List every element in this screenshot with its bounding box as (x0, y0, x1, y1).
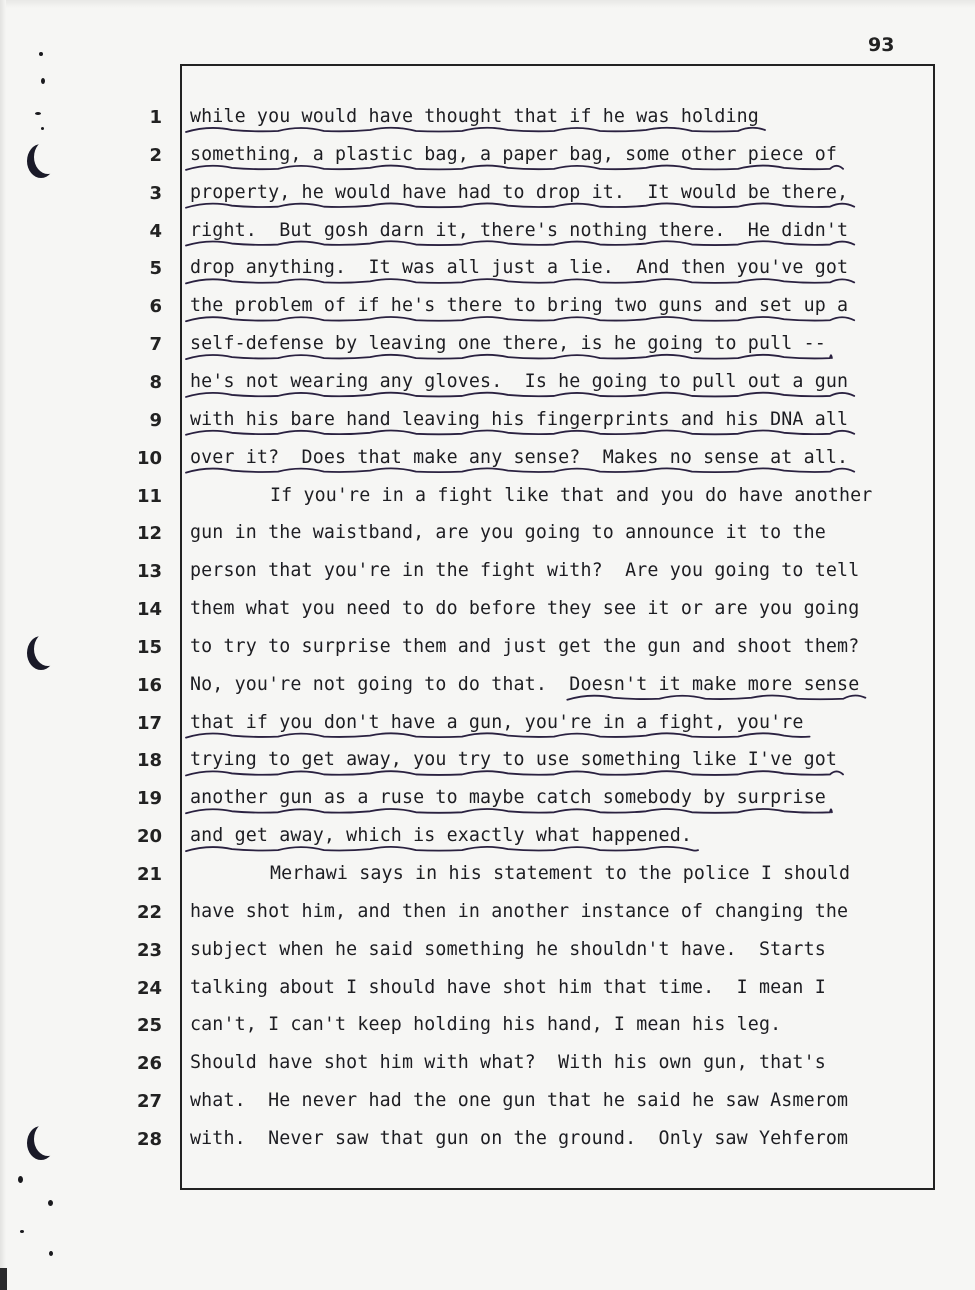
line-number: 8 (122, 372, 162, 393)
line-text: trying to get away, you try to use somet… (190, 749, 837, 770)
line-number: 22 (122, 902, 162, 923)
transcript-line: 12gun in the waistband, are you going to… (0, 516, 975, 554)
line-text: something, a plastic bag, a paper bag, s… (190, 144, 837, 165)
line-text: with his bare hand leaving his fingerpri… (190, 409, 848, 430)
scan-top-edge (0, 0, 975, 8)
transcript-line: 22have shot him, and then in another ins… (0, 895, 975, 933)
transcript-line: 9with his bare hand leaving his fingerpr… (0, 403, 975, 441)
line-number: 19 (122, 788, 162, 809)
scan-speck (20, 1230, 24, 1233)
line-text: another gun as a ruse to maybe catch som… (190, 787, 826, 808)
line-text: that if you don't have a gun, you're in … (190, 712, 804, 733)
line-text: person that you're in the fight with? Ar… (190, 560, 859, 581)
line-number: 15 (122, 637, 162, 658)
line-text: talking about I should have shot him tha… (190, 977, 826, 998)
transcript-line: 17that if you don't have a gun, you're i… (0, 706, 975, 744)
line-text: Should have shot him with what? With his… (190, 1052, 826, 1073)
transcript-line: 4right. But gosh darn it, there's nothin… (0, 214, 975, 252)
transcript-line: 1while you would have thought that if he… (0, 100, 975, 138)
line-number: 28 (122, 1129, 162, 1150)
line-text: he's not wearing any gloves. Is he going… (190, 371, 848, 392)
scan-speck (48, 1200, 53, 1206)
line-number: 24 (122, 978, 162, 999)
line-text: property, he would have had to drop it. … (190, 182, 848, 203)
transcript-line: 11If you're in a fight like that and you… (0, 479, 975, 517)
line-text: them what you need to do before they see… (190, 598, 859, 619)
transcript-line: 27what. He never had the one gun that he… (0, 1084, 975, 1122)
transcript-line: 25can't, I can't keep holding his hand, … (0, 1008, 975, 1046)
transcript-line: 20and get away, which is exactly what ha… (0, 819, 975, 857)
line-text: and get away, which is exactly what happ… (190, 825, 692, 846)
transcript-line: 3property, he would have had to drop it.… (0, 176, 975, 214)
line-text: over it? Does that make any sense? Makes… (190, 447, 848, 468)
line-text: to try to surprise them and just get the… (190, 636, 859, 657)
line-number: 14 (122, 599, 162, 620)
transcript-line: 10over it? Does that make any sense? Mak… (0, 441, 975, 479)
line-number: 7 (122, 334, 162, 355)
transcript-line: 19another gun as a ruse to maybe catch s… (0, 781, 975, 819)
line-text: drop anything. It was all just a lie. An… (190, 257, 848, 278)
line-number: 27 (122, 1091, 162, 1112)
line-number: 5 (122, 258, 162, 279)
transcript-line: 5drop anything. It was all just a lie. A… (0, 251, 975, 289)
scan-speck (49, 1251, 53, 1256)
line-number: 9 (122, 410, 162, 431)
line-text: while you would have thought that if he … (190, 106, 759, 127)
transcript-line: 24talking about I should have shot him t… (0, 971, 975, 1009)
line-number: 12 (122, 523, 162, 544)
page-number: 93 (868, 34, 894, 56)
line-number: 4 (122, 221, 162, 242)
line-text: subject when he said something he should… (190, 939, 826, 960)
line-number: 1 (122, 107, 162, 128)
transcript-line: 21Merhawi says in his statement to the p… (0, 857, 975, 895)
transcript-line: 14them what you need to do before they s… (0, 592, 975, 630)
line-number: 25 (122, 1015, 162, 1036)
line-text: Merhawi says in his statement to the pol… (270, 863, 850, 884)
line-text: with. Never saw that gun on the ground. … (190, 1128, 848, 1149)
line-text: No, you're not going to do that. Doesn't… (190, 674, 859, 695)
line-text: self-defense by leaving one there, is he… (190, 333, 826, 354)
line-number: 20 (122, 826, 162, 847)
line-number: 13 (122, 561, 162, 582)
transcript-line: 26Should have shot him with what? With h… (0, 1046, 975, 1084)
transcript-line: 23subject when he said something he shou… (0, 933, 975, 971)
line-text: gun in the waistband, are you going to a… (190, 522, 826, 543)
line-number: 16 (122, 675, 162, 696)
transcript-line: 2something, a plastic bag, a paper bag, … (0, 138, 975, 176)
line-text: have shot him, and then in another insta… (190, 901, 848, 922)
transcript-line: 8he's not wearing any gloves. Is he goin… (0, 365, 975, 403)
line-text: what. He never had the one gun that he s… (190, 1090, 848, 1111)
transcript-line: 6the problem of if he's there to bring t… (0, 289, 975, 327)
line-number: 17 (122, 713, 162, 734)
line-number: 11 (122, 486, 162, 507)
line-number: 3 (122, 183, 162, 204)
scan-speck (41, 78, 45, 84)
line-number: 26 (122, 1053, 162, 1074)
line-text: If you're in a fight like that and you d… (270, 485, 872, 506)
line-number: 2 (122, 145, 162, 166)
line-number: 6 (122, 296, 162, 317)
line-number: 21 (122, 864, 162, 885)
line-number: 23 (122, 940, 162, 961)
transcript-line: 28with. Never saw that gun on the ground… (0, 1122, 975, 1160)
line-text: the problem of if he's there to bring tw… (190, 295, 848, 316)
transcript-line: 7self-defense by leaving one there, is h… (0, 327, 975, 365)
line-text: can't, I can't keep holding his hand, I … (190, 1014, 781, 1035)
transcript-line: 18trying to get away, you try to use som… (0, 743, 975, 781)
line-text: right. But gosh darn it, there's nothing… (190, 220, 848, 241)
transcript-line: 16No, you're not going to do that. Doesn… (0, 668, 975, 706)
scan-speck (18, 1176, 23, 1183)
line-number: 10 (122, 448, 162, 469)
transcript-line: 15to try to surprise them and just get t… (0, 630, 975, 668)
transcript-line: 13person that you're in the fight with? … (0, 554, 975, 592)
scan-speck (39, 52, 43, 56)
scan-binding-mark (0, 1268, 7, 1290)
line-number: 18 (122, 750, 162, 771)
